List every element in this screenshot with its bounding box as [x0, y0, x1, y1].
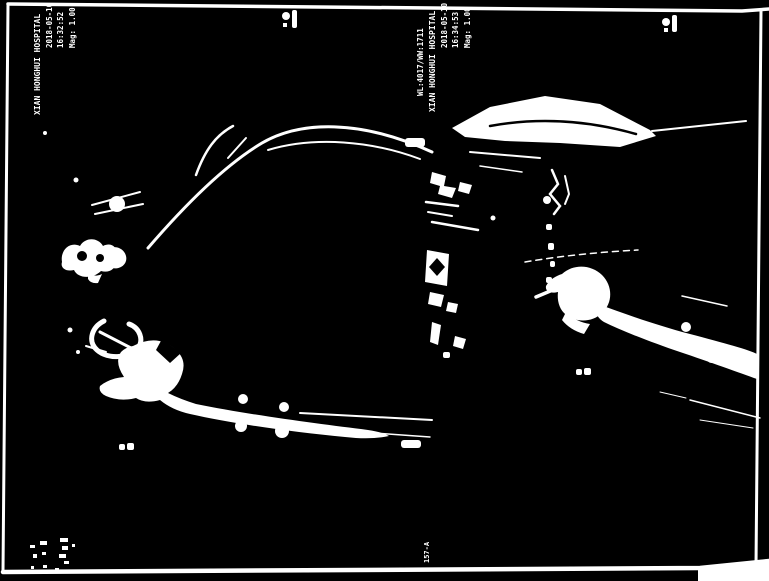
- hospital-name-label: XIAN HONGHUI HOSPITAL: [428, 11, 437, 112]
- marker-dot-small: [283, 23, 287, 27]
- study-date-label: 2018-05-10: [45, 2, 54, 48]
- cerclage-bump: [235, 420, 247, 432]
- hospital-name-label: XIAN HONGHUI HOSPITAL: [33, 14, 42, 115]
- xray-film-scan: XIAN HONGHUI HOSPITAL 2018-05-10 16:32:5…: [0, 0, 769, 581]
- magnification-label: Mag: 1.00: [68, 7, 77, 48]
- study-time-label: 16:34:53: [451, 11, 460, 48]
- magnification-label: Mag: 1.00: [463, 7, 472, 48]
- bone-speck: [43, 131, 47, 135]
- cerclage-bump: [706, 351, 718, 363]
- study-date-label: 2018-05-10: [440, 2, 449, 48]
- blob-hole: [77, 251, 87, 261]
- marker-dot: [282, 12, 290, 20]
- film-background: [0, 0, 769, 581]
- film-edge-artifact: [405, 138, 425, 147]
- marker-glyph: [127, 443, 134, 450]
- cerclage-bump: [681, 322, 691, 332]
- marker-dot: [662, 18, 670, 26]
- marker-glyph: [119, 444, 125, 450]
- bone-speck: [76, 350, 80, 354]
- film-canvas: XIAN HONGHUI HOSPITAL 2018-05-10 16:32:5…: [0, 0, 769, 581]
- marker-bar: [292, 10, 297, 28]
- bone-speck: [74, 178, 79, 183]
- study-time-label: 16:32:52: [56, 12, 65, 48]
- cerclage-bump: [275, 424, 289, 438]
- bone-speck: [68, 328, 73, 333]
- marker-glyph: [584, 368, 591, 375]
- marker-dot-small: [664, 28, 668, 32]
- window-level-label: WL:4017/WW:1711: [416, 28, 425, 96]
- marker-bar: [672, 15, 677, 32]
- film-id-label: 157-A: [423, 541, 431, 563]
- blob-hole: [96, 254, 104, 262]
- film-edge-artifact: [401, 440, 421, 448]
- cerclage-bump: [238, 394, 248, 404]
- cerclage-bump: [279, 402, 289, 412]
- marker-glyph: [576, 369, 582, 375]
- bone-nodule: [109, 196, 125, 212]
